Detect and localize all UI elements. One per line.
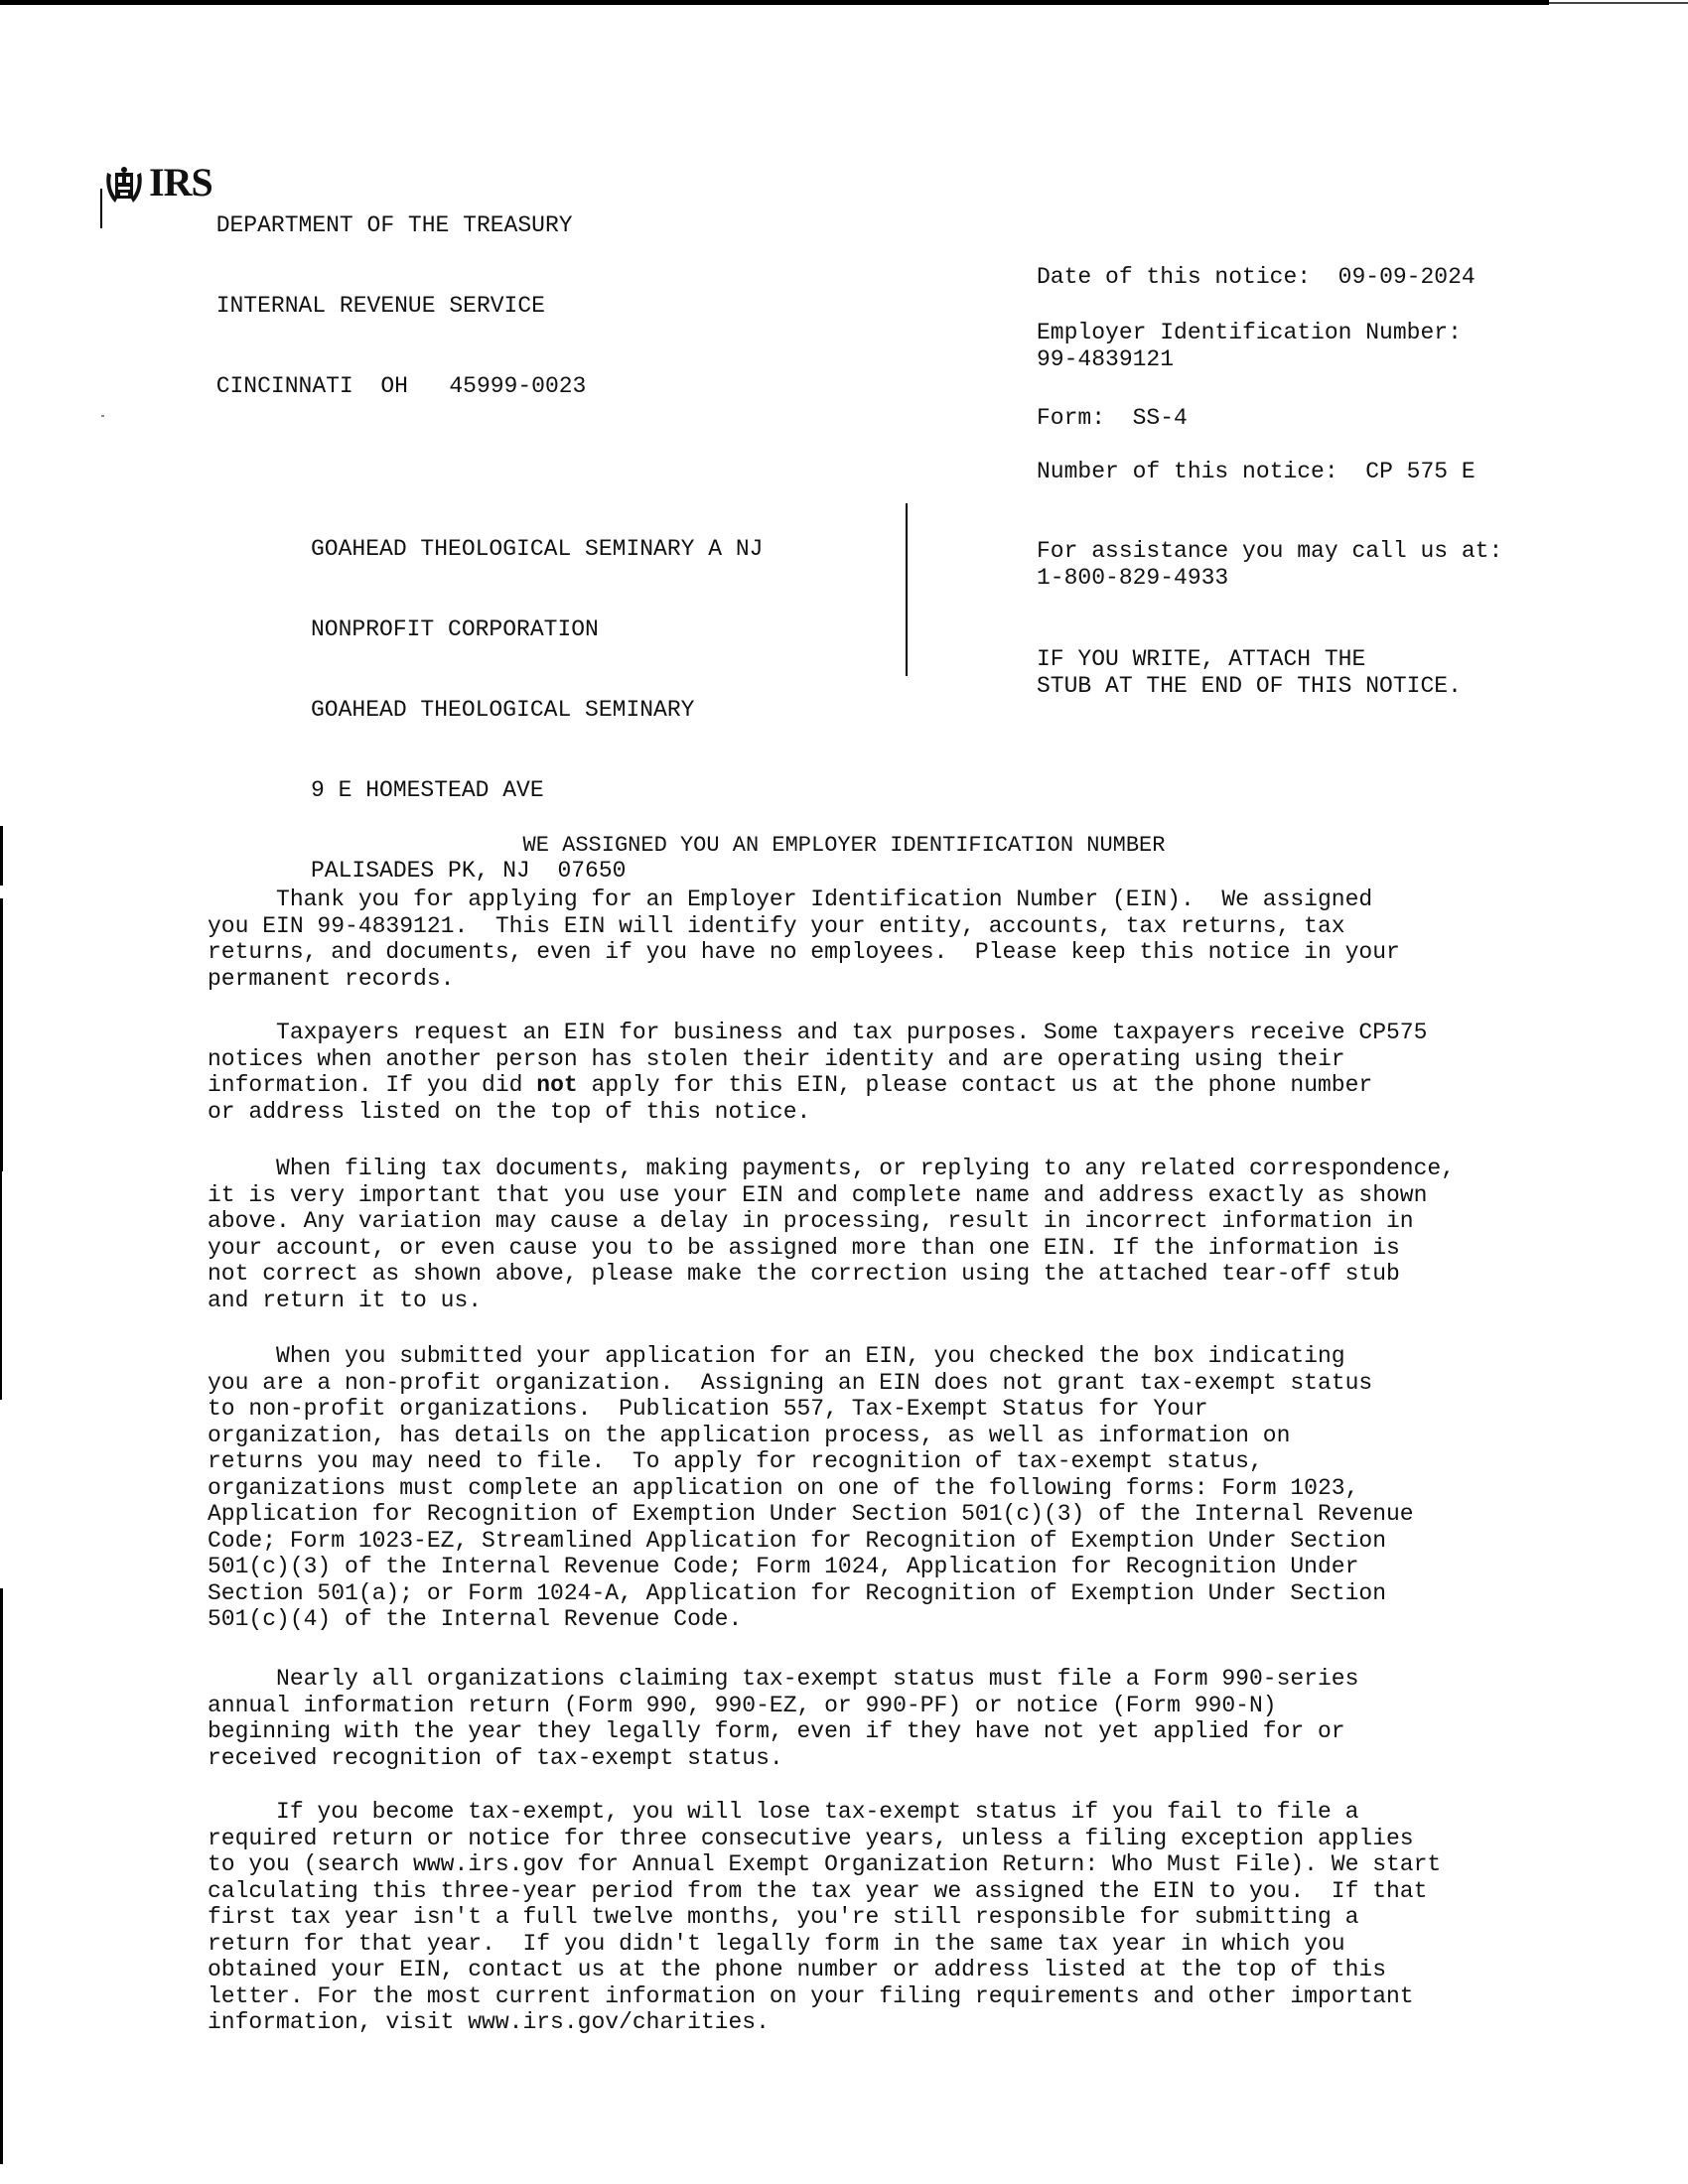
emphasis-not: not: [536, 1072, 577, 1098]
write-instructions: IF YOU WRITE, ATTACH THESTUB AT THE END …: [1037, 646, 1462, 700]
irs-eagle-icon: [103, 165, 145, 206]
paragraph-form-990: Nearly all organizations claiming tax-ex…: [208, 1666, 1598, 1771]
agency-city: CINCINNATI OH 45999-0023: [216, 373, 587, 400]
ein-block: Employer Identification Number:99-483912…: [1037, 320, 1462, 373]
address-line: PALISADES PK, NJ 07650: [311, 858, 763, 885]
letterhead: IRS DEPARTMENT OF THE TREASURY INTERNAL …: [103, 159, 586, 454]
scan-top-edge-faint: [1549, 2, 1688, 4]
ein-value: 99-4839121: [1037, 346, 1462, 373]
irs-logo-text: IRS: [149, 163, 212, 203]
scan-top-edge: [0, 0, 1549, 5]
paragraph-identity-theft: Taxpayers request an EIN for business an…: [208, 1020, 1598, 1125]
notice-date: Date of this notice: 09-09-2024: [1037, 264, 1476, 291]
notice-date-label: Date of this notice:: [1037, 264, 1311, 290]
notice-title: WE ASSIGNED YOU AN EMPLOYER IDENTIFICATI…: [0, 832, 1688, 859]
scan-left-edge: [0, 1588, 3, 2164]
assistance-block: For assistance you may call us at:1-800-…: [1037, 538, 1502, 592]
letterhead-rule: [100, 189, 102, 228]
notice-number-label: Number of this notice:: [1037, 459, 1338, 484]
form-line: Form: SS-4: [1037, 405, 1188, 432]
address-line: NONPROFIT CORPORATION: [311, 616, 763, 643]
paragraph-ein-assigned: Thank you for applying for an Employer I…: [208, 887, 1598, 992]
notice-date-value: 09-09-2024: [1338, 264, 1476, 290]
notice-number-value: CP 575 E: [1365, 459, 1475, 484]
assistance-label: For assistance you may call us at:: [1037, 538, 1502, 565]
agency-name: INTERNAL REVENUE SERVICE: [216, 293, 587, 320]
write-line-2: STUB AT THE END OF THIS NOTICE.: [1037, 673, 1462, 700]
form-value: SS-4: [1133, 405, 1188, 431]
address-line: 9 E HOMESTEAD AVE: [311, 777, 763, 804]
assistance-phone: 1-800-829-4933: [1037, 565, 1502, 592]
address-line: GOAHEAD THEOLOGICAL SEMINARY: [311, 697, 763, 724]
ein-label: Employer Identification Number:: [1037, 320, 1462, 346]
form-label: Form:: [1037, 405, 1105, 431]
address-divider: [906, 503, 908, 676]
write-line-1: IF YOU WRITE, ATTACH THE: [1037, 646, 1462, 673]
paragraph-exempt-status: If you become tax-exempt, you will lose …: [208, 1799, 1598, 2036]
scan-left-edge: [0, 1102, 2, 1400]
paragraph-nonprofit: When you submitted your application for …: [208, 1343, 1598, 1633]
paragraph-filing-accuracy: When filing tax documents, making paymen…: [208, 1156, 1598, 1313]
agency-block: DEPARTMENT OF THE TREASURY INTERNAL REVE…: [216, 159, 587, 454]
address-line: GOAHEAD THEOLOGICAL SEMINARY A NJ: [311, 536, 763, 563]
notice-number-line: Number of this notice: CP 575 E: [1037, 459, 1476, 485]
department-name: DEPARTMENT OF THE TREASURY: [216, 212, 587, 239]
